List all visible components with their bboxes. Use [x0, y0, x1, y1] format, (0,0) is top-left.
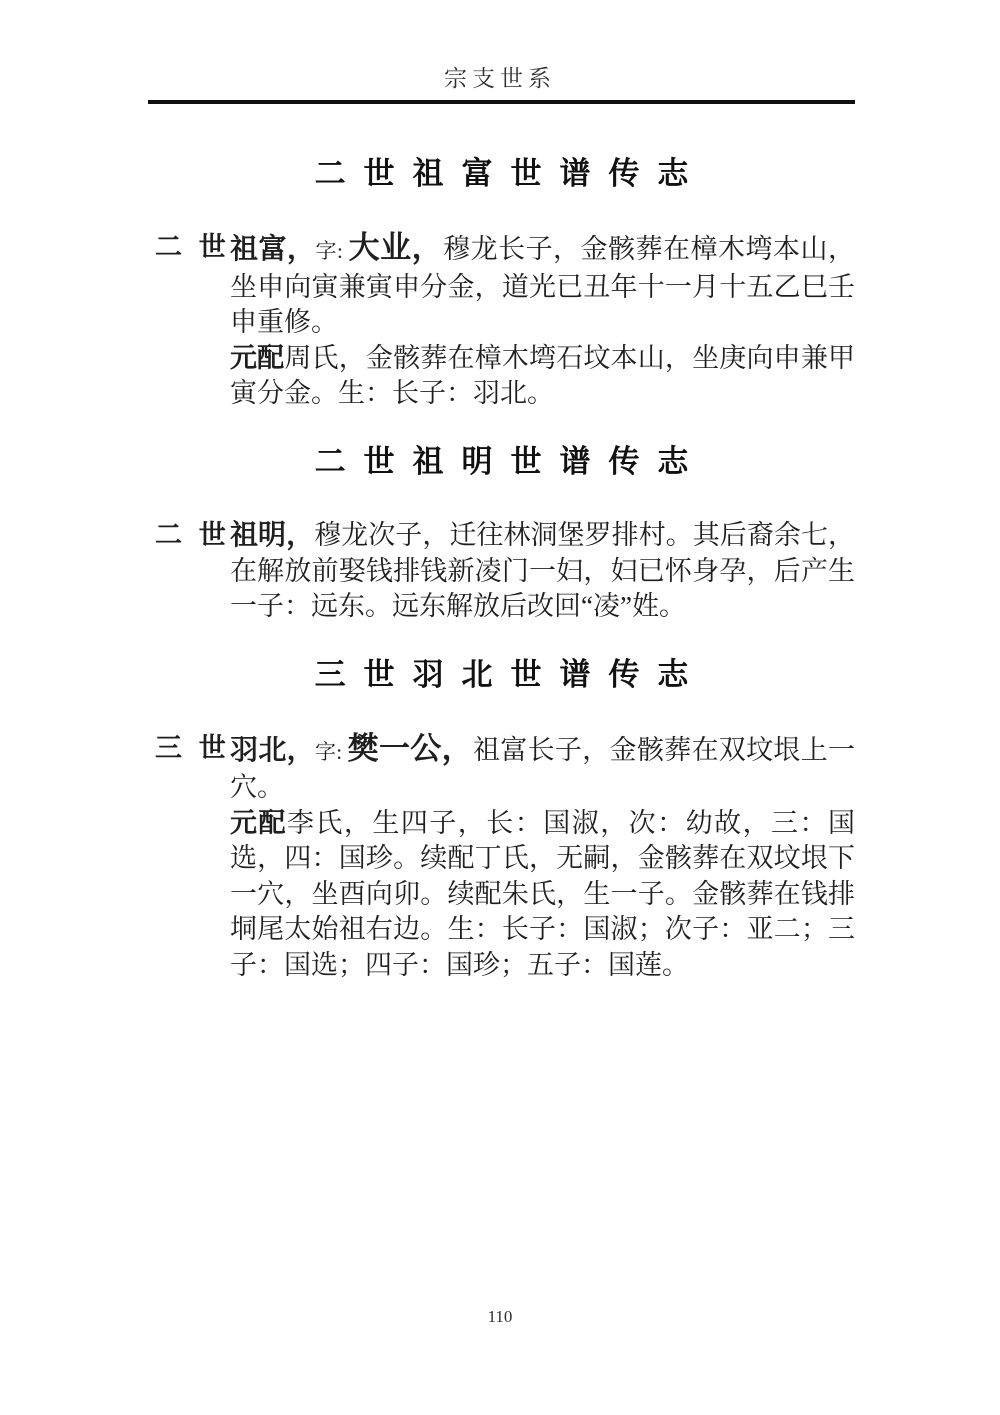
entry-text: 祖明，穆龙次子，迁往林洞堡罗排村。其后裔余七，在解放前娶钱排钱新凌门一妇，妇已怀…: [230, 518, 855, 625]
text-segment: 周氏，金骸葬在樟木塆石坟本山，坐庚向申兼甲寅分金。生：长子：羽北。: [230, 343, 855, 409]
page-number: 110: [0, 1307, 1000, 1327]
genealogy-entry: 三 世 羽北，字: 樊一公，祖富长子，金骸葬在双坟垠上一穴。元配李氏，生四子，长…: [148, 731, 855, 984]
section-heading: 二世祖明世谱传志: [148, 442, 855, 482]
text-segment: 樊一公，: [348, 731, 473, 766]
header-rule: [148, 100, 855, 104]
section-heading: 二世祖富世谱传志: [148, 154, 855, 194]
document-content: 二世祖富世谱传志 二 世 祖富，字: 大业，穆龙长子，金骸葬在樟木塆本山，坐申向…: [0, 154, 1000, 983]
genealogy-entry: 二 世 祖富，字: 大业，穆龙长子，金骸葬在樟木塆本山，坐申向寅兼寅申分金，道光…: [148, 230, 855, 412]
text-segment: 字:: [316, 239, 349, 263]
generation-label: 二 世: [148, 518, 230, 625]
text-segment: 祖富，: [230, 234, 316, 265]
generation-label: 二 世: [148, 230, 230, 412]
genealogy-section: 三世羽北世谱传志 三 世 羽北，字: 樊一公，祖富长子，金骸葬在双坟垠上一穴。元…: [148, 655, 855, 984]
text-segment: 大业，: [349, 230, 444, 265]
entry-text: 羽北，字: 樊一公，祖富长子，金骸葬在双坟垠上一穴。元配李氏，生四子，长：国淑，…: [230, 731, 855, 984]
document-page: 宗支世系 二世祖富世谱传志 二 世 祖富，字: 大业，穆龙长子，金骸葬在樟木塆本…: [0, 0, 1000, 1415]
text-segment: 元配: [230, 343, 284, 373]
genealogy-entry: 二 世 祖明，穆龙次子，迁往林洞堡罗排村。其后裔余七，在解放前娶钱排钱新凌门一妇…: [148, 518, 855, 625]
genealogy-section: 二世祖富世谱传志 二 世 祖富，字: 大业，穆龙长子，金骸葬在樟木塆本山，坐申向…: [148, 154, 855, 412]
text-segment: 字:: [315, 740, 348, 764]
section-heading: 三世羽北世谱传志: [148, 655, 855, 695]
generation-label: 三 世: [148, 731, 230, 984]
text-segment: 祖明，: [230, 520, 314, 551]
text-segment: 羽北，: [230, 735, 315, 766]
entry-text: 祖富，字: 大业，穆龙长子，金骸葬在樟木塆本山，坐申向寅兼寅申分金，道光已丑年十…: [230, 230, 855, 412]
text-segment: 李氏，生四子，长：国淑，次：幼故，三：国选，四：国珍。续配丁氏，无嗣，金骸葬在双…: [230, 808, 855, 980]
text-segment: 穆龙次子，迁往林洞堡罗排村。其后裔余七，在解放前娶钱排钱新凌门一妇，妇已怀身孕，…: [230, 520, 855, 621]
genealogy-section: 二世祖明世谱传志 二 世 祖明，穆龙次子，迁往林洞堡罗排村。其后裔余七，在解放前…: [148, 442, 855, 625]
text-segment: 元配: [230, 808, 287, 838]
page-header-title: 宗支世系: [0, 0, 1000, 93]
